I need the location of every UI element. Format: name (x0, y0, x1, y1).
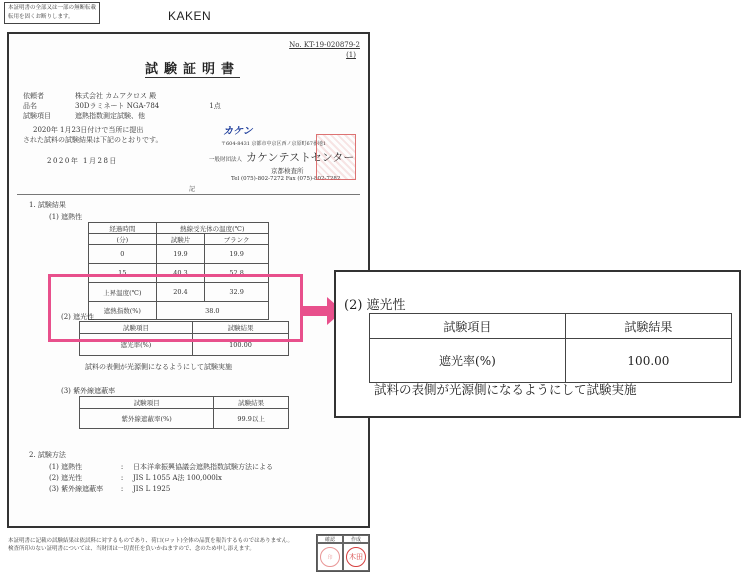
official-seal-icon (316, 134, 356, 180)
intro-line-1: 2020年 1月23日付けで当所に提出 (23, 125, 162, 135)
inset-title: (2) 遮光性 (344, 294, 406, 313)
organization-type: 一般財団法人 (209, 155, 242, 163)
product-value: 30Dラミネート NGA-784 (75, 101, 159, 111)
product-row: 品名 30Dラミネート NGA-784 1点 (23, 101, 221, 111)
create-seal-icon: 木田 (346, 547, 366, 567)
method-label: (3) 紫外線遮蔽率 (49, 484, 111, 495)
inset-note: 試料の表側が光源側になるようにして試験実施 (374, 380, 637, 398)
quantity-value: 1点 (209, 101, 220, 111)
method-value: JIS L 1055 A法 100,000lx (133, 473, 222, 484)
disclaimer-line-2: 検査所印のない証明書については、当財団は一切責任を負いかねますので、念のため申し… (8, 545, 308, 553)
confirm-label: 確認 (317, 535, 343, 543)
inset-table: 試験項目 試験結果 遮光率(%) 100.00 (369, 313, 732, 383)
light-shielding-note: 試料の表側が光源側になるようにして試験実施 (85, 362, 232, 372)
shading-rate-value: 100.00 (565, 339, 731, 383)
method-label: (1) 遮熱性 (49, 462, 111, 473)
shading-rate-label: 遮光率(%) (370, 339, 566, 383)
brand-logo: KAKEN (168, 9, 211, 23)
disclaimer: 本証明書に記載の試験結果は依試料に対するものであり、荷口(ロット)全体の品質を報… (8, 537, 308, 553)
uv-rate-label: 紫外線遮蔽率(%) (80, 409, 214, 429)
col-test-item: 試験項目 (370, 314, 566, 339)
results-heading: 1. 試験結果 (29, 200, 66, 210)
col-test-result: 試験結果 (214, 397, 289, 409)
page-number: (1) (289, 50, 360, 60)
certificate-number: No. KT-19-020879-2 (1) (289, 40, 360, 60)
intro-line-2: された試料の試験結果は下記のとおりです。 (23, 135, 162, 145)
client-row: 依頼者 株式会社 カムアクロス 殿 (23, 91, 221, 101)
create-label: 作成 (343, 535, 369, 543)
method-label: (2) 遮光性 (49, 473, 111, 484)
list-item: (2) 遮光性 : JIS L 1055 A法 100,000lx (49, 473, 273, 484)
test-items-value: 遮熱指数測定試験、他 (75, 111, 145, 121)
record-mark: 記 (189, 184, 195, 193)
highlight-frame (48, 274, 303, 342)
list-item: (3) 紫外線遮蔽率 : JIS L 1925 (49, 484, 273, 495)
col-receiver-temp: 熱線受光体の温度(℃) (156, 223, 268, 234)
specimen-value: 19.9 (156, 245, 205, 264)
col-specimen: 試験片 (156, 234, 205, 245)
uv-rate-value: 99.9以上 (214, 409, 289, 429)
table-row: 遮光率(%) 100.00 (370, 339, 732, 383)
intro-text: 2020年 1月23日付けで当所に提出 された試料の試験結果は下記のとおりです。 (23, 125, 162, 145)
blank-value: 19.9 (205, 245, 269, 264)
reproduction-notice: 本証明書の全部又は一部の無断転載転用を固くお断りします。 (4, 2, 100, 24)
uv-shielding-table: 試験項目 試験結果 紫外線遮蔽率(%) 99.9以上 (79, 396, 289, 429)
methods-list: (1) 遮熱性 : 日本洋傘振興協議会遮熱指数試験方法による (2) 遮光性 :… (49, 462, 273, 495)
col-elapsed-unit: (分) (89, 234, 157, 245)
client-value: 株式会社 カムアクロス 殿 (75, 91, 156, 101)
method-value: JIS L 1925 (133, 484, 170, 495)
uv-shielding-heading: (3) 紫外線遮蔽率 (61, 386, 115, 396)
create-stamp-cell: 木田 (343, 543, 369, 571)
col-test-item: 試験項目 (80, 397, 214, 409)
confirm-seal-icon: 印 (320, 547, 340, 567)
method-value: 日本洋傘振興協議会遮熱指数試験方法による (133, 462, 273, 473)
table-row: 0 19.9 19.9 (89, 245, 269, 264)
table-row: 紫外線遮蔽率(%) 99.9以上 (80, 409, 289, 429)
divider (17, 194, 360, 195)
product-label: 品名 (23, 101, 75, 111)
col-blank: ブランク (205, 234, 269, 245)
certificate-number-text: No. KT-19-020879-2 (289, 41, 360, 49)
list-item: (1) 遮熱性 : 日本洋傘振興協議会遮熱指数試験方法による (49, 462, 273, 473)
row-label: 0 (89, 245, 157, 264)
col-elapsed-time: 経過時間 (89, 223, 157, 234)
method-separator: : (111, 473, 133, 484)
disclaimer-line-1: 本証明書に記載の試験結果は依試料に対するものであり、荷口(ロット)全体の品質を報… (8, 537, 308, 545)
method-separator: : (111, 462, 133, 473)
document-title: 試験証明書 (145, 58, 240, 78)
methods-heading: 2. 試験方法 (29, 450, 66, 460)
col-test-result: 試験結果 (565, 314, 731, 339)
confirm-stamp-cell: 印 (317, 543, 343, 571)
test-items-row: 試験項目 遮熱指数測定試験、他 (23, 111, 221, 121)
method-separator: : (111, 484, 133, 495)
client-label: 依頼者 (23, 91, 75, 101)
zoomed-light-shielding-panel: (2) 遮光性 試験項目 試験結果 遮光率(%) 100.00 試料の表側が光源… (334, 270, 741, 418)
test-items-label: 試験項目 (23, 111, 75, 121)
approval-stamps: 確認 作成 印 木田 (316, 534, 370, 572)
request-info: 依頼者 株式会社 カムアクロス 殿 品名 30Dラミネート NGA-784 1点… (23, 91, 221, 121)
heat-shielding-heading: (1) 遮熱性 (49, 212, 82, 222)
issue-date: 2020年 1月28日 (47, 156, 118, 166)
